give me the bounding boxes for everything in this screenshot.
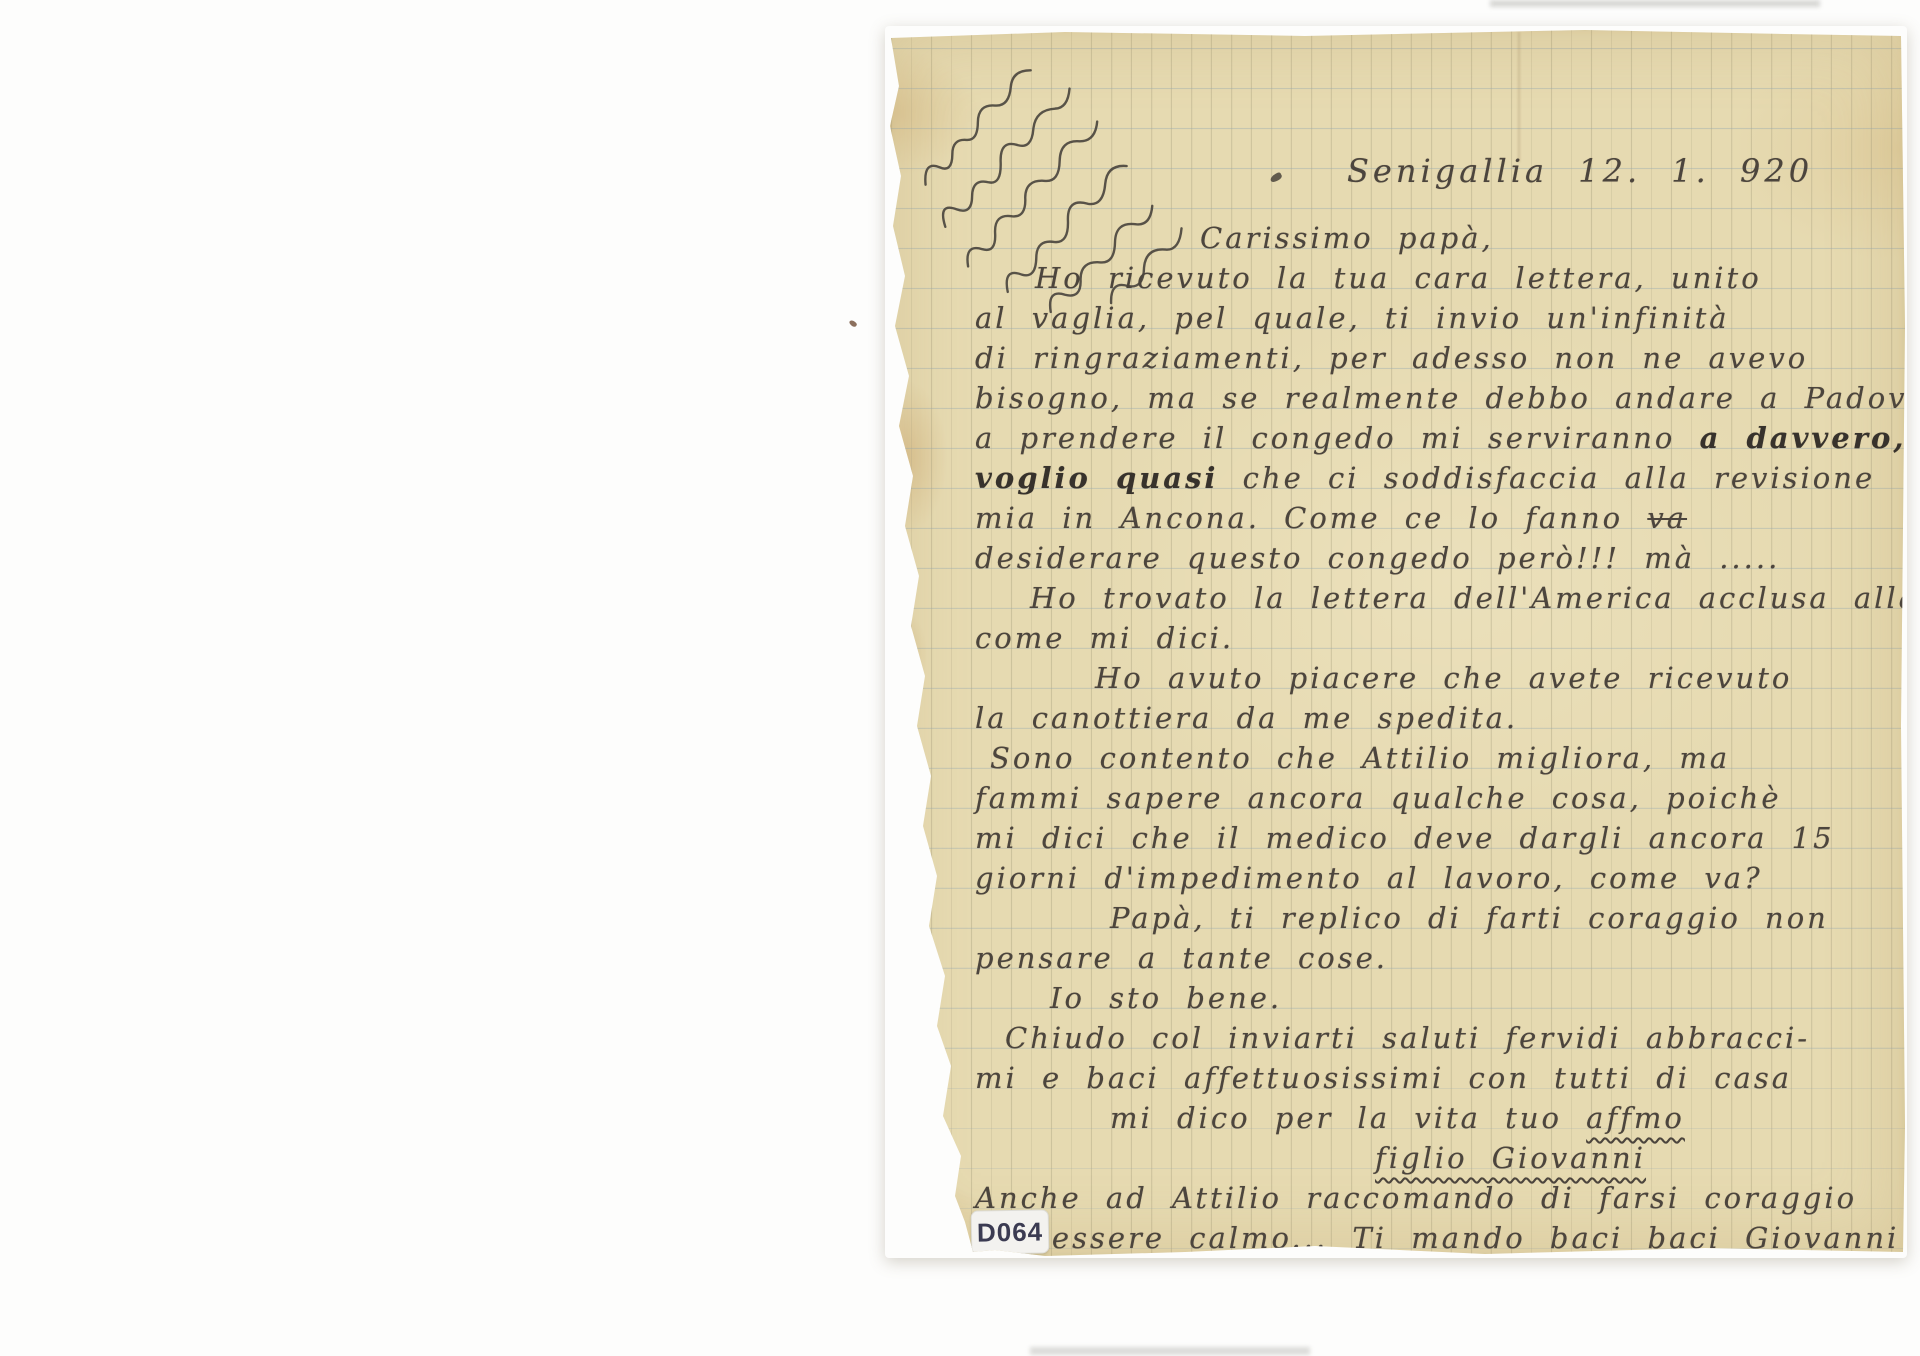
letter-line: Ho avuto piacere che avete ricevuto — [1095, 658, 1905, 698]
scanner-bed-speck — [848, 319, 857, 328]
letter-line: Chiudo col inviarti saluti fervidi abbra… — [1005, 1018, 1905, 1058]
letter-line: Ho trovato la lettera dell'America acclu… — [1030, 578, 1905, 618]
letter-line: Anche ad Attilio raccomando di farsi cor… — [975, 1178, 1905, 1218]
letter-text-segment: mia in Ancona. Come ce lo fanno — [975, 501, 1647, 535]
letter-text-segment: di ringraziamenti, per adesso non ne ave… — [975, 341, 1808, 375]
letter-text-segment: a davvero, — [1700, 421, 1907, 455]
letter-line: mi e baci affettuosissimi con tutti di c… — [975, 1058, 1905, 1098]
letter-text-segment: mi dici che il medico deve dargli ancora… — [975, 821, 1835, 855]
letter-text-segment: bisogno, ma se realmente debbo andare a … — [975, 381, 1920, 415]
letter-text-segment: Ho avuto piacere che avete ricevuto — [1095, 661, 1792, 695]
letter-text-segment: affmo — [1586, 1101, 1685, 1135]
letter-paper-sheet: Senigallia 12. 1. 920 Carissimo papà,Ho … — [885, 26, 1907, 1258]
letter-text-segment: Io sto bene. — [1050, 981, 1282, 1015]
letter-text-segment: giorni d'impedimento al lavoro, come va? — [975, 861, 1763, 895]
letter-line: mia in Ancona. Come ce lo fanno va — [975, 498, 1905, 538]
letter-text-segment: Chiudo col inviarti saluti fervidi abbra… — [1005, 1021, 1810, 1055]
letter-line: a prendere il congedo mi serviranno a da… — [975, 418, 1905, 458]
letter-line: Ho ricevuto la tua cara lettera, unito — [1035, 258, 1905, 298]
archive-label-sticker: D064 — [971, 1209, 1050, 1254]
letter-line: come mi dici. — [975, 618, 1905, 658]
letter-line: la canottiera da me spedita. — [975, 698, 1905, 738]
letter-line: al vaglia, pel quale, ti invio un'infini… — [975, 298, 1905, 338]
letter-text-segment: Papà, ti replico di farti coraggio non — [1110, 901, 1829, 935]
letter-text-segment: che ci soddisfaccia alla revisione — [1218, 461, 1875, 495]
letter-text-segment: Ho ricevuto la tua cara lettera, unito — [1035, 261, 1762, 295]
ink-blot — [1269, 172, 1283, 184]
letter-line: mi dico per la vita tuo affmo — [1110, 1098, 1905, 1138]
letter-text-segment: a prendere il congedo mi serviranno — [975, 421, 1700, 455]
letter-text-segment: voglio quasi — [975, 461, 1218, 495]
letter-line: voglio quasi che ci soddisfaccia alla re… — [975, 458, 1905, 498]
letter-text-segment: la canottiera da me spedita. — [975, 701, 1518, 735]
letter-line: Sono contento che Attilio migliora, ma — [990, 738, 1905, 778]
letter-text-segment: pensare a tante cose. — [975, 941, 1388, 975]
letter-line: desiderare questo congedo però!!! mà ...… — [975, 538, 1905, 578]
letter-line: Io sto bene. — [1050, 978, 1905, 1018]
scanned-letter-page: Senigallia 12. 1. 920 Carissimo papà,Ho … — [0, 0, 1920, 1356]
letter-text-segment: fammi sapere ancora qualche cosa, poichè — [975, 781, 1782, 815]
letter-line: Papà, ti replico di farti coraggio non — [1110, 898, 1905, 938]
letter-body: Carissimo papà,Ho ricevuto la tua cara l… — [975, 218, 1905, 1258]
letter-line: figlio Giovanni — [1375, 1138, 1905, 1178]
letter-text-segment: Ho trovato la lettera dell'America acclu… — [1030, 581, 1919, 615]
letter-text-segment: Carissimo papà, — [1200, 221, 1494, 255]
scanner-edge-smear-top — [1490, 0, 1820, 7]
letter-line: fammi sapere ancora qualche cosa, poichè — [975, 778, 1905, 818]
letter-text-segment: figlio Giovanni — [1375, 1141, 1646, 1175]
archive-label-text: D064 — [977, 1216, 1044, 1248]
letter-line: giorni d'impedimento al lavoro, come va? — [975, 858, 1905, 898]
letter-text-segment: Sono contento che Attilio migliora, ma — [990, 741, 1730, 775]
letter-text-segment: desiderare questo congedo però!!! mà ...… — [975, 541, 1780, 575]
letter-line: pensare a tante cose. — [975, 938, 1905, 978]
letter-text-segment: mi e baci affettuosissimi con tutti di c… — [975, 1061, 1792, 1095]
letter-text-segment: Anche ad Attilio raccomando di farsi cor… — [975, 1181, 1857, 1215]
letter-line: Carissimo papà, — [1200, 218, 1905, 258]
paper-crease — [1518, 32, 1520, 162]
letter-line: mi dici che il medico deve dargli ancora… — [975, 818, 1905, 858]
letter-text-segment: mi dico per la vita tuo — [1110, 1101, 1586, 1135]
letter-text-segment: al vaglia, pel quale, ti invio un'infini… — [975, 301, 1730, 335]
dateline: Senigallia 12. 1. 920 — [1347, 152, 1813, 190]
letter-line: di ringraziamenti, per adesso non ne ave… — [975, 338, 1905, 378]
letter-text-segment: va — [1647, 501, 1687, 535]
letter-text-segment: come mi dici. — [975, 621, 1234, 655]
letter-line: bisogno, ma se realmente debbo andare a … — [975, 378, 1905, 418]
scanner-edge-smear-bottom — [1030, 1347, 1310, 1355]
